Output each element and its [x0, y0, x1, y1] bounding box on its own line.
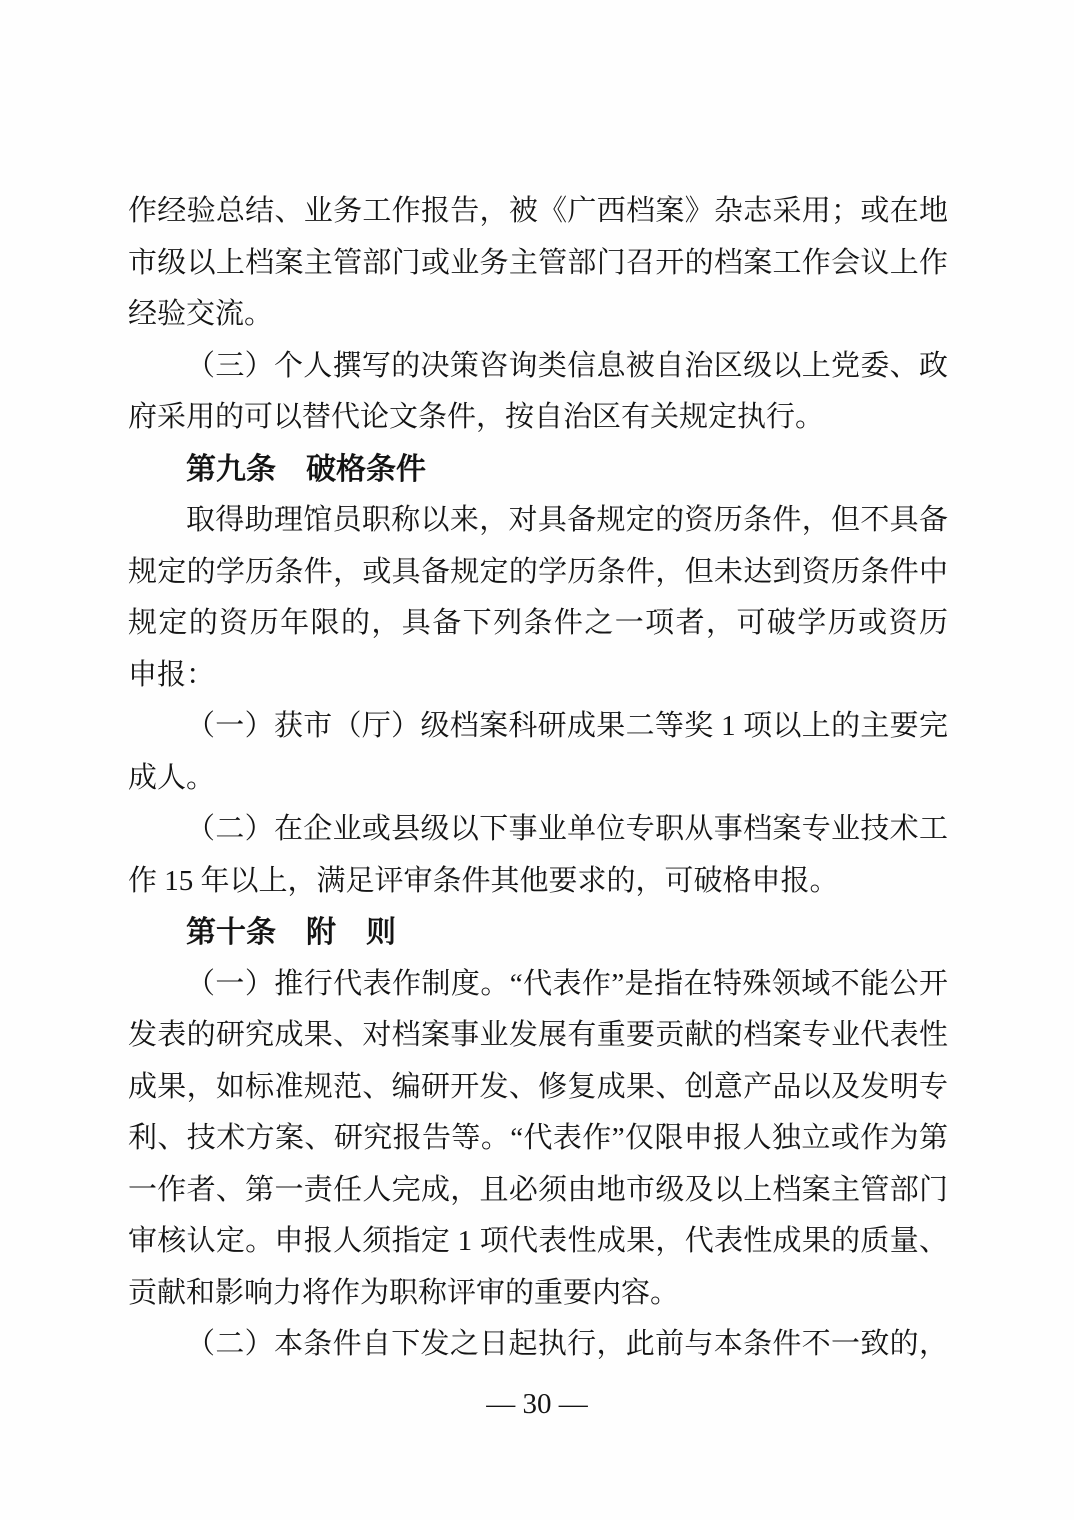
body-line: 一作者、第一责任人完成，且必须由地市级及以上档案主管部门	[128, 1165, 948, 1217]
section-heading-article-10: 第十条 附 则	[128, 907, 948, 959]
body-line: 利、技术方案、研究报告等。“代表作”仅限申报人独立或作为第	[128, 1113, 948, 1165]
body-line: 取得助理馆员职称以来，对具备规定的资历条件，但不具备	[128, 495, 948, 547]
body-line: 申报：	[128, 650, 948, 702]
body-line: 市级以上档案主管部门或业务主管部门召开的档案工作会议上作	[128, 238, 948, 290]
body-line: 贡献和影响力将作为职称评审的重要内容。	[128, 1268, 948, 1320]
body-line: 审核认定。申报人须指定 1 项代表性成果，代表性成果的质量、	[128, 1216, 948, 1268]
body-line: 经验交流。	[128, 289, 948, 341]
body-line: 发表的研究成果、对档案事业发展有重要贡献的档案专业代表性	[128, 1010, 948, 1062]
body-line: 府采用的可以替代论文条件，按自治区有关规定执行。	[128, 392, 948, 444]
page-number: — 30 —	[0, 1384, 1074, 1424]
document-page: 作经验总结、业务工作报告，被《广西档案》杂志采用；或在地 市级以上档案主管部门或…	[0, 0, 1074, 1520]
body-line: （二）在企业或县级以下事业单位专职从事档案专业技术工	[128, 804, 948, 856]
body-line: （三）个人撰写的决策咨询类信息被自治区级以上党委、政	[128, 341, 948, 393]
body-line: （二）本条件自下发之日起执行，此前与本条件不一致的，	[128, 1319, 948, 1371]
body-line: 作经验总结、业务工作报告，被《广西档案》杂志采用；或在地	[128, 186, 948, 238]
text-block: 作经验总结、业务工作报告，被《广西档案》杂志采用；或在地 市级以上档案主管部门或…	[128, 186, 948, 1371]
body-line: 成人。	[128, 753, 948, 805]
section-heading-article-9: 第九条 破格条件	[128, 444, 948, 496]
body-line: （一）获市（厅）级档案科研成果二等奖 1 项以上的主要完	[128, 701, 948, 753]
body-line: 规定的资历年限的，具备下列条件之一项者，可破学历或资历	[128, 598, 948, 650]
body-line: 规定的学历条件，或具备规定的学历条件，但未达到资历条件中	[128, 547, 948, 599]
body-line: （一）推行代表作制度。“代表作”是指在特殊领域不能公开	[128, 959, 948, 1011]
body-line: 作 15 年以上，满足评审条件其他要求的，可破格申报。	[128, 856, 948, 908]
body-line: 成果，如标准规范、编研开发、修复成果、创意产品以及发明专	[128, 1062, 948, 1114]
